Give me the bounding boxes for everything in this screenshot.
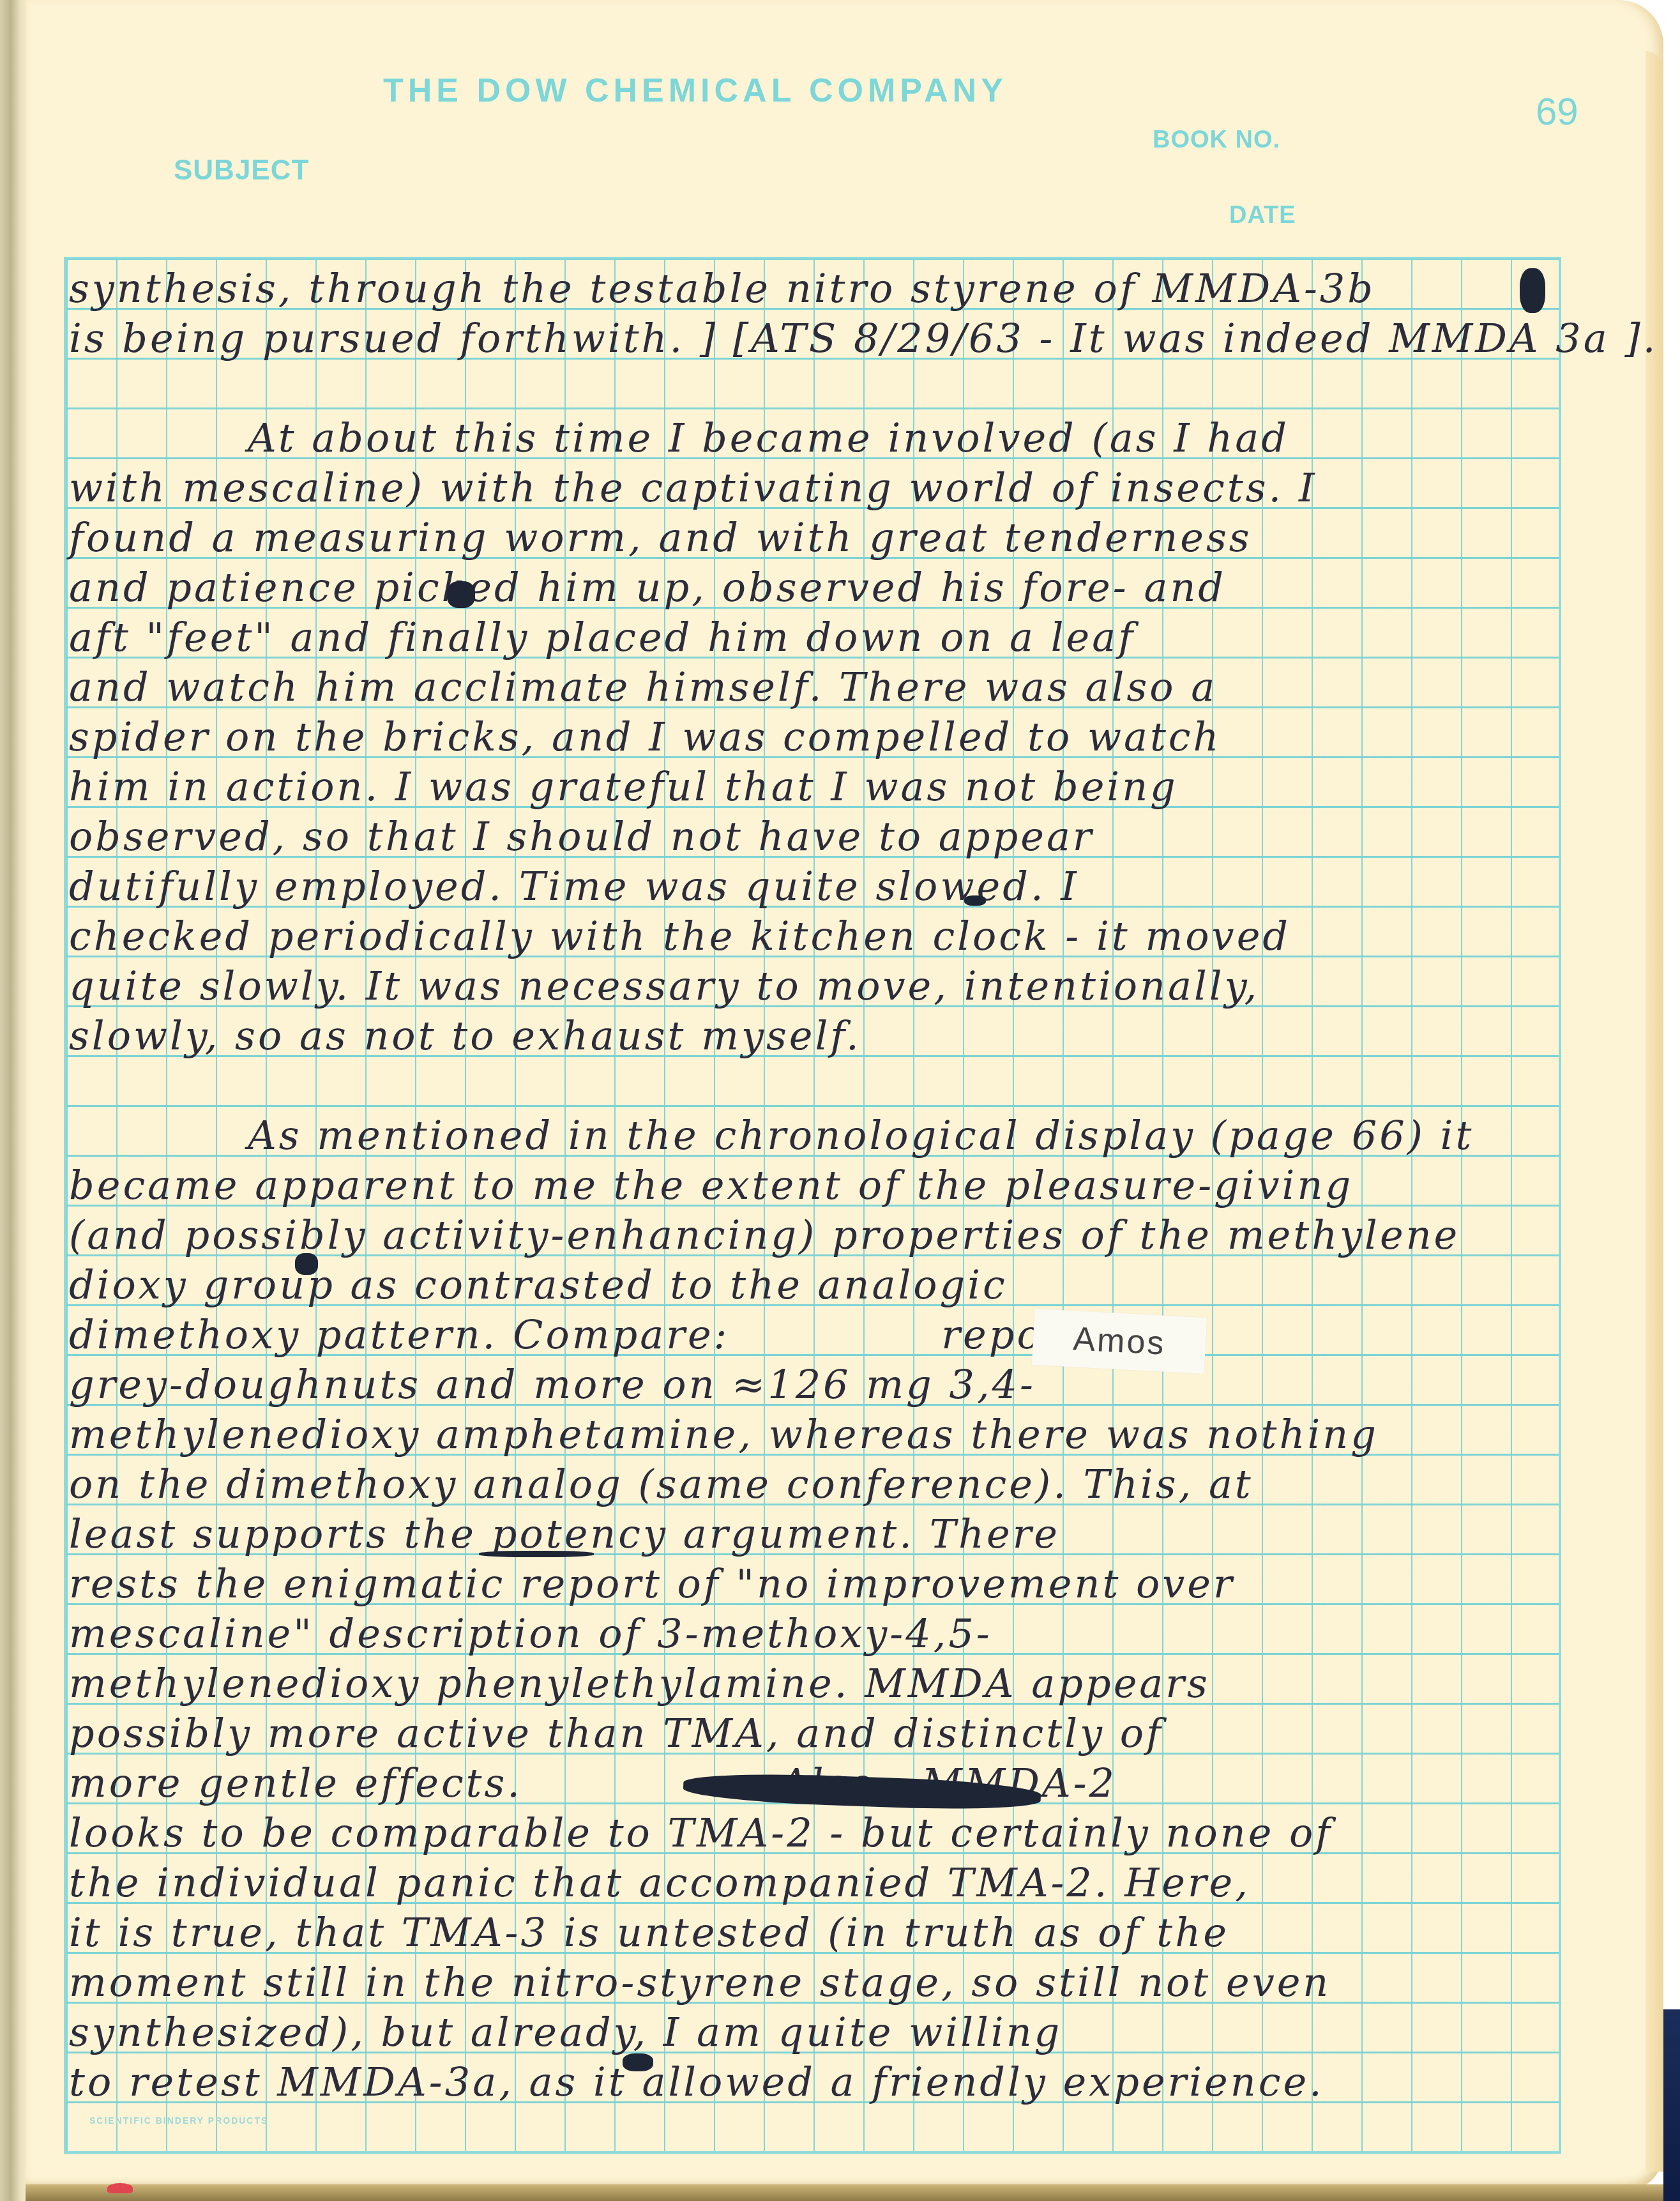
ink-blot (1520, 268, 1545, 313)
handwritten-line: is being pursued forthwith. ] [ATS 8/29/… (69, 314, 1601, 363)
handwritten-line: on the dimethoxy analog (same conference… (69, 1459, 1601, 1509)
handwritten-line: the individual panic that accompanied TM… (69, 1858, 1601, 1908)
handwritten-line: became apparent to me the extent of the … (69, 1161, 1601, 1210)
handwritten-line: At about this time I became involved (as… (69, 413, 1601, 463)
handwritten-line: found a measuring worm, and with great t… (69, 513, 1601, 563)
handwritten-line: spider on the bricks, and I was compelle… (69, 712, 1601, 762)
handwritten-line: with mescaline) with the captivating wor… (69, 463, 1601, 513)
red-mark (107, 2183, 133, 2193)
blank-line (69, 363, 1601, 413)
handwritten-line: aft "feet" and finally placed him down o… (69, 613, 1601, 662)
page-bottom-edge (26, 2184, 1663, 2201)
handwritten-line: him in action. I was grateful that I was… (69, 762, 1601, 812)
handwritten-line: quite slowly. It was necessary to move, … (69, 961, 1601, 1011)
handwritten-line: As mentioned in the chronological displa… (69, 1111, 1601, 1161)
subject-label: SUBJECT (174, 155, 309, 187)
handwritten-line: synthesized), but already, I am quite wi… (69, 2007, 1601, 2057)
background-corner (1663, 2009, 1680, 2201)
handwritten-line: observed, so that I should not have to a… (69, 812, 1601, 862)
date-label: DATE (1229, 202, 1296, 229)
printer-mark: SCIENTIFIC BINDERY PRODUCTS (89, 2115, 268, 2126)
handwritten-line: checked periodically with the kitchen cl… (69, 911, 1601, 961)
handwritten-line: dutifully employed. Time was quite slowe… (69, 862, 1601, 911)
ink-blot (295, 1253, 318, 1275)
handwritten-line: moment still in the nitro-styrene stage,… (69, 1958, 1601, 2007)
blank-line (69, 1061, 1601, 1111)
handwritten-line: and watch him acclimate himself. There w… (69, 662, 1601, 712)
handwritten-line: possibly more active than TMA, and disti… (69, 1709, 1601, 1758)
book-number-label: BOOK NO. (1153, 126, 1280, 154)
notebook-binding (0, 0, 27, 2201)
pasted-name-label: Amos (1032, 1309, 1207, 1374)
handwritten-line: least supports the potency argument. The… (69, 1509, 1601, 1559)
strikethrough-mark (479, 1551, 594, 1557)
handwritten-line: methylenedioxy phenylethylamine. MMDA ap… (69, 1659, 1601, 1709)
handwritten-line: methylenedioxy amphetamine, whereas ther… (69, 1410, 1601, 1459)
handwritten-line: rests the enigmatic report of "no improv… (69, 1559, 1601, 1609)
ink-blot (623, 2053, 653, 2071)
handwritten-line: and patience picked him up, observed his… (69, 563, 1601, 613)
page-number: 69 (1536, 89, 1578, 133)
handwritten-entry: synthesis, through the testable nitro st… (69, 259, 1601, 2102)
handwritten-line: to retest MMDA-3a, as it allowed a frien… (69, 2057, 1601, 2107)
handwritten-line: (and possibly activity-enhancing) proper… (69, 1210, 1601, 1260)
company-heading: THE DOW CHEMICAL COMPANY (383, 72, 1008, 110)
handwritten-line: mescaline" description of 3-methoxy-4,5- (69, 1609, 1601, 1659)
handwritten-line: grey-doughnuts and more on ≈126 mg 3,4- (69, 1360, 1601, 1410)
page-edge (1646, 51, 1663, 2172)
handwritten-line: synthesis, through the testable nitro st… (69, 264, 1601, 314)
handwritten-line: looks to be comparable to TMA-2 - but ce… (69, 1808, 1601, 1858)
ink-blot (447, 581, 475, 608)
handwritten-line: it is true, that TMA-3 is untested (in t… (69, 1908, 1601, 1958)
handwritten-line: slowly, so as not to exhaust myself. (69, 1011, 1601, 1061)
handwritten-line: dimethoxy pattern. Compare: reported (69, 1310, 1601, 1360)
strikethrough-mark (964, 895, 986, 906)
